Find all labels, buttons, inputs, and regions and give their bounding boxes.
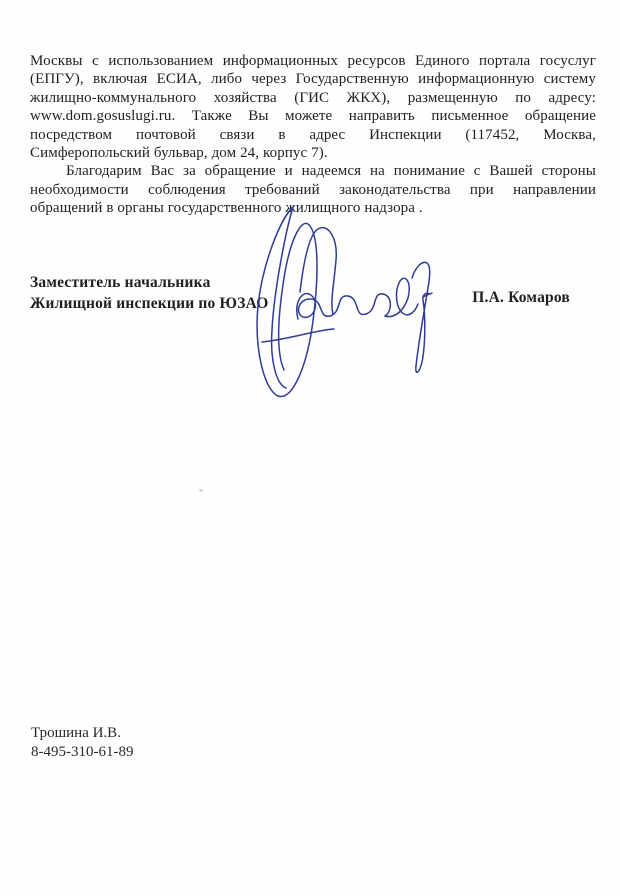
paragraph2-line: необходимости соблюдения требований зако… bbox=[30, 181, 596, 199]
executor-phone: 8-495-310-61-89 bbox=[31, 743, 133, 762]
letter-body: Москвы с использованием информационных р… bbox=[30, 52, 596, 218]
paragraph1-line: Симферопольский бульвар, дом 24, корпус … bbox=[30, 144, 596, 162]
paragraph1-line: посредством почтовой связи в адрес Инспе… bbox=[30, 126, 596, 144]
paragraph1-line: (ЕПГУ), включая ЕСИА, либо через Государ… bbox=[30, 70, 596, 88]
paragraph2-line: обращений в органы государственного жили… bbox=[30, 199, 596, 217]
signer-position-line2: Жилищной инспекции по ЮЗАО bbox=[30, 293, 268, 314]
paragraph1-line: жилищно-коммунального хозяйства (ГИС ЖКХ… bbox=[30, 89, 596, 107]
executor-name: Трошина И.В. bbox=[31, 724, 133, 743]
paragraph1-line: Москвы с использованием информационных р… bbox=[30, 52, 596, 70]
signer-name: П.А. Комаров bbox=[472, 289, 570, 307]
signer-position-block: Заместитель начальника Жилищной инспекци… bbox=[30, 272, 268, 314]
paragraph1-line: www.dom.gosuslugi.ru. Также Вы можете на… bbox=[30, 107, 596, 125]
paragraph2-line: Благодарим Вас за обращение и надеемся н… bbox=[30, 162, 596, 180]
scan-artifact bbox=[199, 489, 203, 492]
handwritten-signature-icon bbox=[250, 200, 442, 408]
executor-block: Трошина И.В. 8-495-310-61-89 bbox=[31, 724, 133, 761]
letter-page: Москвы с использованием информационных р… bbox=[0, 0, 620, 896]
signer-position-line1: Заместитель начальника bbox=[30, 272, 268, 293]
